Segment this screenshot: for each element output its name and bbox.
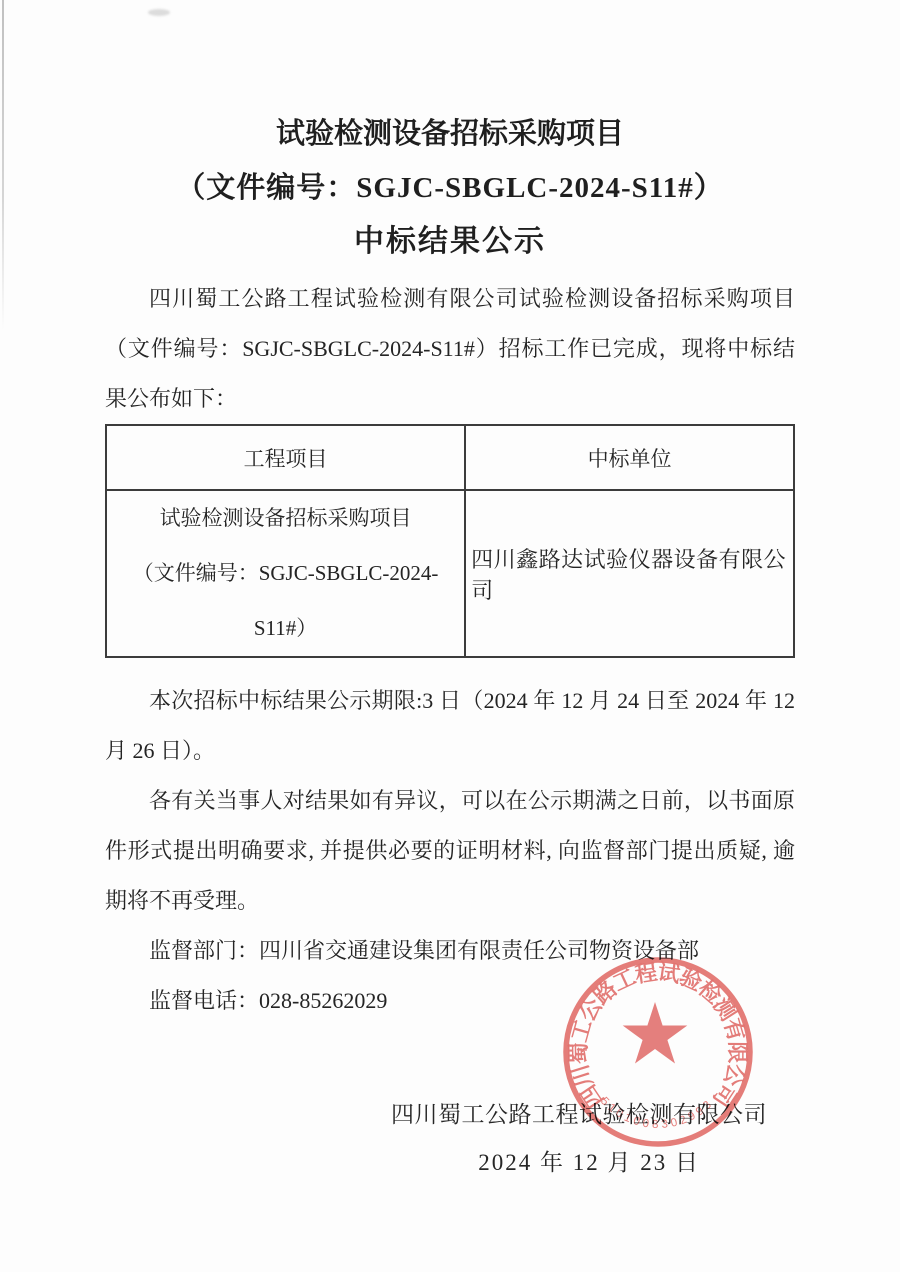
project-name: 试验检测设备招标采购项目 — [111, 491, 460, 546]
document-subtitle: 中标结果公示 — [105, 222, 795, 262]
header-winner: 中标单位 — [465, 425, 794, 490]
supervision-phone-line: 监督电话：028-85262029 — [105, 976, 795, 1026]
project-number: （文件编号：SGJC-SBGLC-2024-S11#） — [111, 546, 460, 656]
document-title: 试验检测设备招标采购项目 — [105, 114, 795, 154]
scan-edge-artifact — [2, 0, 4, 330]
document-page: 试验检测设备招标采购项目 （文件编号：SGJC-SBGLC-2024-S11#）… — [0, 0, 900, 1272]
supervision-dept-line: 监督部门：四川省交通建设集团有限责任公司物资设备部 — [105, 926, 795, 976]
document-body: 试验检测设备招标采购项目 （文件编号：SGJC-SBGLC-2024-S11#）… — [0, 0, 900, 1186]
table-row: 试验检测设备招标采购项目 （文件编号：SGJC-SBGLC-2024-S11#）… — [106, 490, 794, 657]
table-header-row: 工程项目 中标单位 — [106, 425, 794, 490]
header-project: 工程项目 — [106, 425, 465, 490]
document-number: （文件编号：SGJC-SBGLC-2024-S11#） — [105, 168, 795, 208]
objection-paragraph: 各有关当事人对结果如有异议，可以在公示期满之日前，以书面原件形式提出明确要求, … — [105, 776, 795, 926]
result-table: 工程项目 中标单位 试验检测设备招标采购项目 （文件编号：SGJC-SBGLC-… — [105, 424, 795, 658]
publicity-period-paragraph: 本次招标中标结果公示期限:3 日（2024 年 12 月 24 日至 2024 … — [105, 676, 795, 776]
project-cell: 试验检测设备招标采购项目 （文件编号：SGJC-SBGLC-2024-S11#） — [106, 490, 465, 657]
scan-smudge-artifact — [148, 9, 170, 16]
signature-date: 2024 年 12 月 23 日 — [105, 1140, 795, 1186]
signature-block: 四川蜀工公路工程试验检测有限公司 2024 年 12 月 23 日 — [105, 1090, 795, 1186]
intro-paragraph: 四川蜀工公路工程试验检测有限公司试验检测设备招标采购项目（文件编号：SGJC-S… — [105, 274, 795, 424]
signature-company: 四川蜀工公路工程试验检测有限公司 — [105, 1090, 795, 1140]
winner-cell: 四川鑫路达试验仪器设备有限公司 — [465, 490, 794, 657]
